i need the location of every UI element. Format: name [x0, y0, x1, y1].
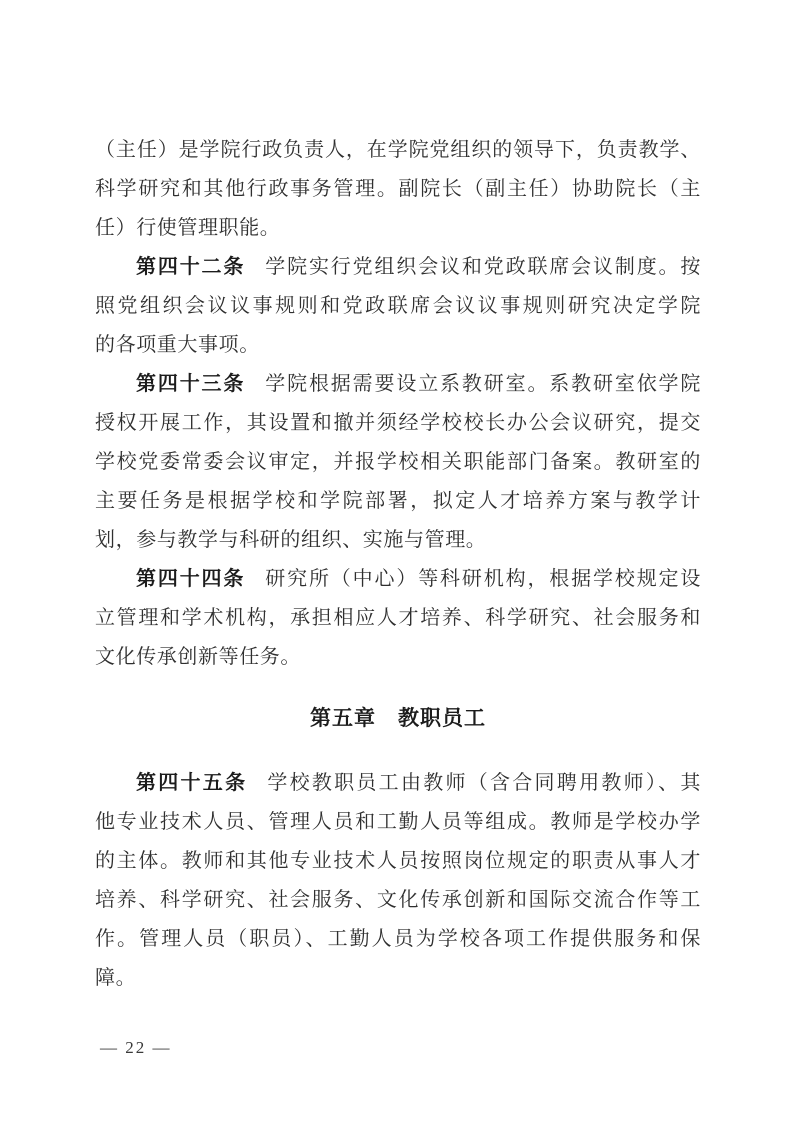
paragraph: 第四十五条学校教职员工由教师（含合同聘用教师）、其他专业技术人员、管理人员和工勤… — [95, 764, 701, 998]
line-text: 学院根据需要设立系教研室。系教研室依学院 — [265, 373, 701, 395]
text-line: 学校党委常委会议审定，并报学校相关职能部门备案。教研室的 — [95, 443, 701, 482]
text-line: 主要任务是根据学校和学院部署，拟定人才培养方案与教学计 — [95, 482, 701, 521]
line-text: 研究所（中心）等科研机构，根据学校规定设 — [265, 568, 701, 590]
text-line: 第四十四条研究所（中心）等科研机构，根据学校规定设 — [95, 560, 701, 599]
text-line: 第四十五条学校教职员工由教师（含合同聘用教师）、其 — [95, 764, 701, 803]
paragraph: 第四十二条学院实行党组织会议和党政联席会议制度。按照党组织会议议事规则和党政联席… — [95, 248, 701, 365]
paragraph: 第四十三条学院根据需要设立系教研室。系教研室依学院授权开展工作，其设置和撤并须经… — [95, 365, 701, 560]
text-line: 他专业技术人员、管理人员和工勤人员等组成。教师是学校办学 — [95, 803, 701, 842]
line-text: 学校教职员工由教师（含合同聘用教师）、其 — [267, 772, 701, 794]
chapter-heading: 第五章 教职员工 — [95, 699, 701, 738]
line-text: 学院实行党组织会议和党政联席会议制度。按 — [265, 256, 701, 278]
text-line: 第四十三条学院根据需要设立系教研室。系教研室依学院 — [95, 365, 701, 404]
document-content: （主任）是学院行政负责人，在学院党组织的领导下，负责教学、科学研究和其他行政事务… — [95, 131, 701, 998]
article-number: 第四十四条 — [136, 568, 245, 590]
text-line: 任）行使管理职能。 — [95, 209, 701, 248]
text-line: 的主体。教师和其他专业技术人员按照岗位规定的职责从事人才 — [95, 842, 701, 881]
paragraph: 第四十四条研究所（中心）等科研机构，根据学校规定设立管理和学术机构，承担相应人才… — [95, 560, 701, 677]
text-line: 作。管理人员（职员）、工勤人员为学校各项工作提供服务和保 — [95, 920, 701, 959]
text-line: 授权开展工作，其设置和撤并须经学校校长办公会议研究，提交 — [95, 404, 701, 443]
text-line: 的各项重大事项。 — [95, 326, 701, 365]
text-line: 第四十二条学院实行党组织会议和党政联席会议制度。按 — [95, 248, 701, 287]
text-line: 文化传承创新等任务。 — [95, 638, 701, 677]
paragraph: （主任）是学院行政负责人，在学院党组织的领导下，负责教学、科学研究和其他行政事务… — [95, 131, 701, 248]
article-number: 第四十五条 — [136, 772, 247, 794]
text-line: 划，参与教学与科研的组织、实施与管理。 — [95, 521, 701, 560]
text-line: 培养、科学研究、社会服务、文化传承创新和国际交流合作等工 — [95, 881, 701, 920]
text-line: （主任）是学院行政负责人，在学院党组织的领导下，负责教学、 — [95, 131, 701, 170]
text-line: 立管理和学术机构，承担相应人才培养、科学研究、社会服务和 — [95, 599, 701, 638]
page-number-footer: — 22 — — [100, 1028, 172, 1067]
text-line: 照党组织会议议事规则和党政联席会议议事规则研究决定学院 — [95, 287, 701, 326]
document-page: （主任）是学院行政负责人，在学院党组织的领导下，负责教学、科学研究和其他行政事务… — [0, 0, 793, 1121]
article-number: 第四十二条 — [136, 256, 245, 278]
text-line: 科学研究和其他行政事务管理。副院长（副主任）协助院长（主 — [95, 170, 701, 209]
page-number: — 22 — — [100, 1038, 172, 1057]
article-number: 第四十三条 — [136, 373, 245, 395]
text-line: 障。 — [95, 959, 701, 998]
